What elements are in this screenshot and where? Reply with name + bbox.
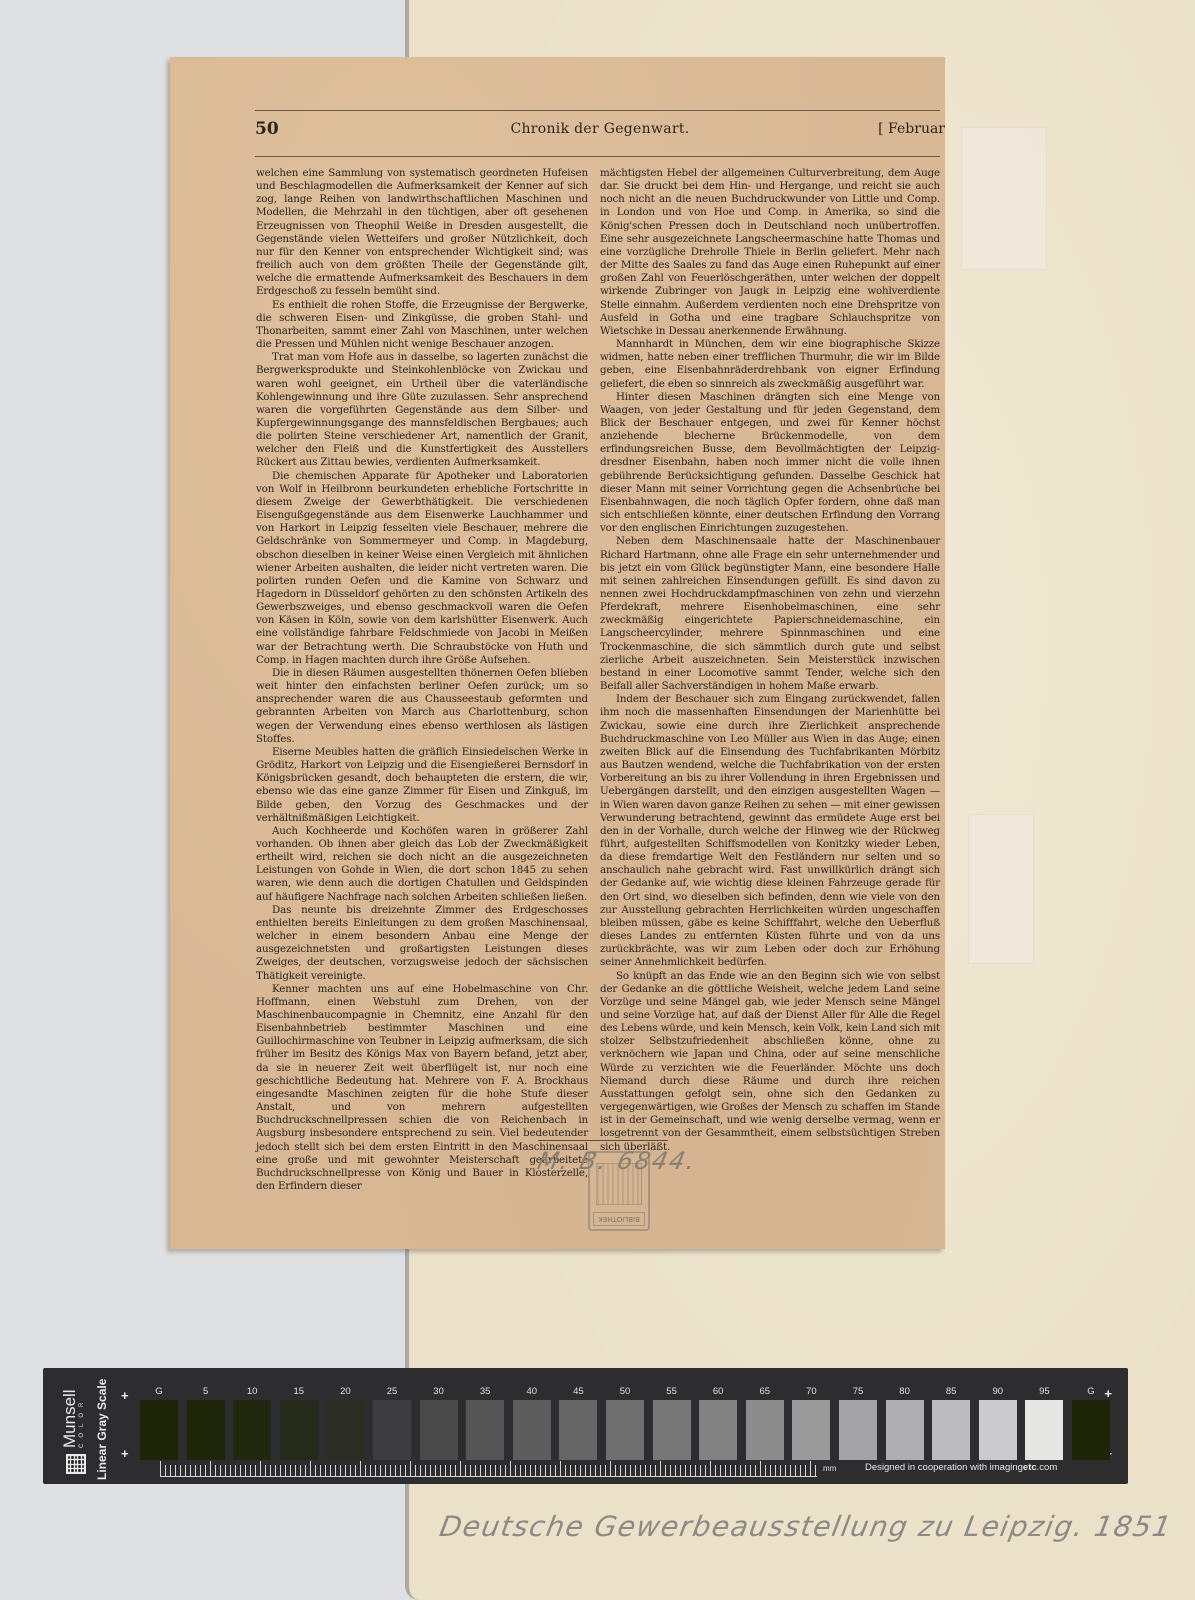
running-title: Chronik der Gegenwart. [255, 121, 945, 137]
patch-label: 75 [838, 1386, 878, 1397]
gray-patch [280, 1400, 318, 1460]
munsell-gray-scale-chart: Munsell COLOR Linear Gray Scale + + + + … [43, 1368, 1128, 1484]
paragraph: Es enthielt die rohen Stoffe, die Erzeug… [256, 299, 588, 352]
patch-label: 5 [186, 1386, 226, 1397]
registration-mark-icon: + [121, 1446, 129, 1461]
mm-ruler-major-ticks [160, 1461, 817, 1477]
inventory-number: M. B. 6844. [535, 1147, 699, 1175]
patch-label: 10 [232, 1386, 272, 1397]
gray-patch [792, 1400, 830, 1460]
patch-label: 25 [372, 1386, 412, 1397]
patch-label: 55 [652, 1386, 692, 1397]
patch-label: G [139, 1386, 179, 1397]
registration-mark-icon: + [121, 1388, 129, 1403]
gray-patch [1025, 1400, 1063, 1460]
paragraph: So knüpft an das Ende wie an den Beginn … [600, 970, 940, 1154]
gray-patch [699, 1400, 737, 1460]
header-rule-bottom [255, 156, 940, 157]
patch-label: 70 [791, 1386, 831, 1397]
gray-patch [979, 1400, 1017, 1460]
gray-patch [466, 1400, 504, 1460]
gray-patch [140, 1400, 178, 1460]
patch-label: 90 [978, 1386, 1018, 1397]
gray-patch [839, 1400, 877, 1460]
article-end-rule [538, 1140, 668, 1141]
paragraph: Hinter diesen Maschinen drängten sich ei… [600, 391, 940, 536]
patch-label: 30 [419, 1386, 459, 1397]
paragraph: mächtigsten Hebel der allgemeinen Cultur… [600, 167, 940, 338]
patch-label: 45 [558, 1386, 598, 1397]
tape-strip-middle [968, 814, 1034, 964]
chart-credit: Designed in cooperation with imagingetc.… [865, 1462, 1057, 1473]
tape-strip-top [961, 127, 1047, 270]
scale-name: Linear Gray Scale [95, 1379, 109, 1480]
handwritten-caption: Deutsche Gewerbeausstellung zu Leipzig. … [437, 1510, 1175, 1543]
gray-patch [513, 1400, 551, 1460]
gray-patch [886, 1400, 924, 1460]
munsell-logo-icon [66, 1454, 86, 1474]
munsell-brand: Munsell COLOR Linear Gray Scale [47, 1372, 109, 1480]
gray-patch [653, 1400, 691, 1460]
patch-label: 35 [465, 1386, 505, 1397]
running-month: [ Februar [878, 121, 945, 137]
gray-patch [606, 1400, 644, 1460]
paragraph: Die in diesen Räumen ausgestellten thöne… [256, 667, 588, 746]
patch-label: 50 [605, 1386, 645, 1397]
ruler-unit: mm [823, 1464, 836, 1473]
text-column-right: mächtigsten Hebel der allgemeinen Cultur… [600, 167, 940, 1154]
paragraph: Auch Kochheerde und Kochöfen waren in gr… [256, 825, 588, 904]
patch-label: 15 [279, 1386, 319, 1397]
gray-patch [1072, 1400, 1110, 1460]
gray-patch [233, 1400, 271, 1460]
paragraph: Indem der Beschauer sich zum Eingang zur… [600, 693, 940, 969]
patch-label: 40 [512, 1386, 552, 1397]
gray-patch [420, 1400, 458, 1460]
patch-label: 95 [1024, 1386, 1064, 1397]
paragraph: welchen eine Sammlung von systematisch g… [256, 167, 588, 299]
paragraph: Mannhardt in München, dem wir eine biogr… [600, 338, 940, 391]
patch-label: 85 [931, 1386, 971, 1397]
gray-patch [187, 1400, 225, 1460]
patch-label: 80 [885, 1386, 925, 1397]
running-header: 50 Chronik der Gegenwart. [ Februar [255, 119, 945, 147]
paragraph: Neben dem Maschinensaale hatte der Masch… [600, 535, 940, 693]
paragraph: Die chemischen Apparate für Apotheker un… [256, 470, 588, 667]
patch-label: 20 [325, 1386, 365, 1397]
patch-label: 65 [745, 1386, 785, 1397]
gray-patch [746, 1400, 784, 1460]
patch-label: G [1071, 1386, 1111, 1397]
stamp-label: BIBLIOTHEK [593, 1212, 645, 1226]
gray-patch [932, 1400, 970, 1460]
header-rule-top [255, 110, 940, 111]
gray-patch [373, 1400, 411, 1460]
gray-patch [559, 1400, 597, 1460]
paragraph: Das neunte bis dreizehnte Zimmer des Erd… [256, 904, 588, 983]
newspaper-page: 50 Chronik der Gegenwart. [ Februar welc… [170, 57, 945, 1249]
patch-label: 60 [698, 1386, 738, 1397]
paragraph: Eiserne Meubles hatten die gräflich Eins… [256, 746, 588, 825]
text-column-left: welchen eine Sammlung von systematisch g… [256, 167, 588, 1193]
gray-patch [326, 1400, 364, 1460]
munsell-wordmark: Munsell COLOR [61, 1389, 86, 1448]
paragraph: Trat man vom Hofe aus in dasselbe, so la… [256, 351, 588, 469]
